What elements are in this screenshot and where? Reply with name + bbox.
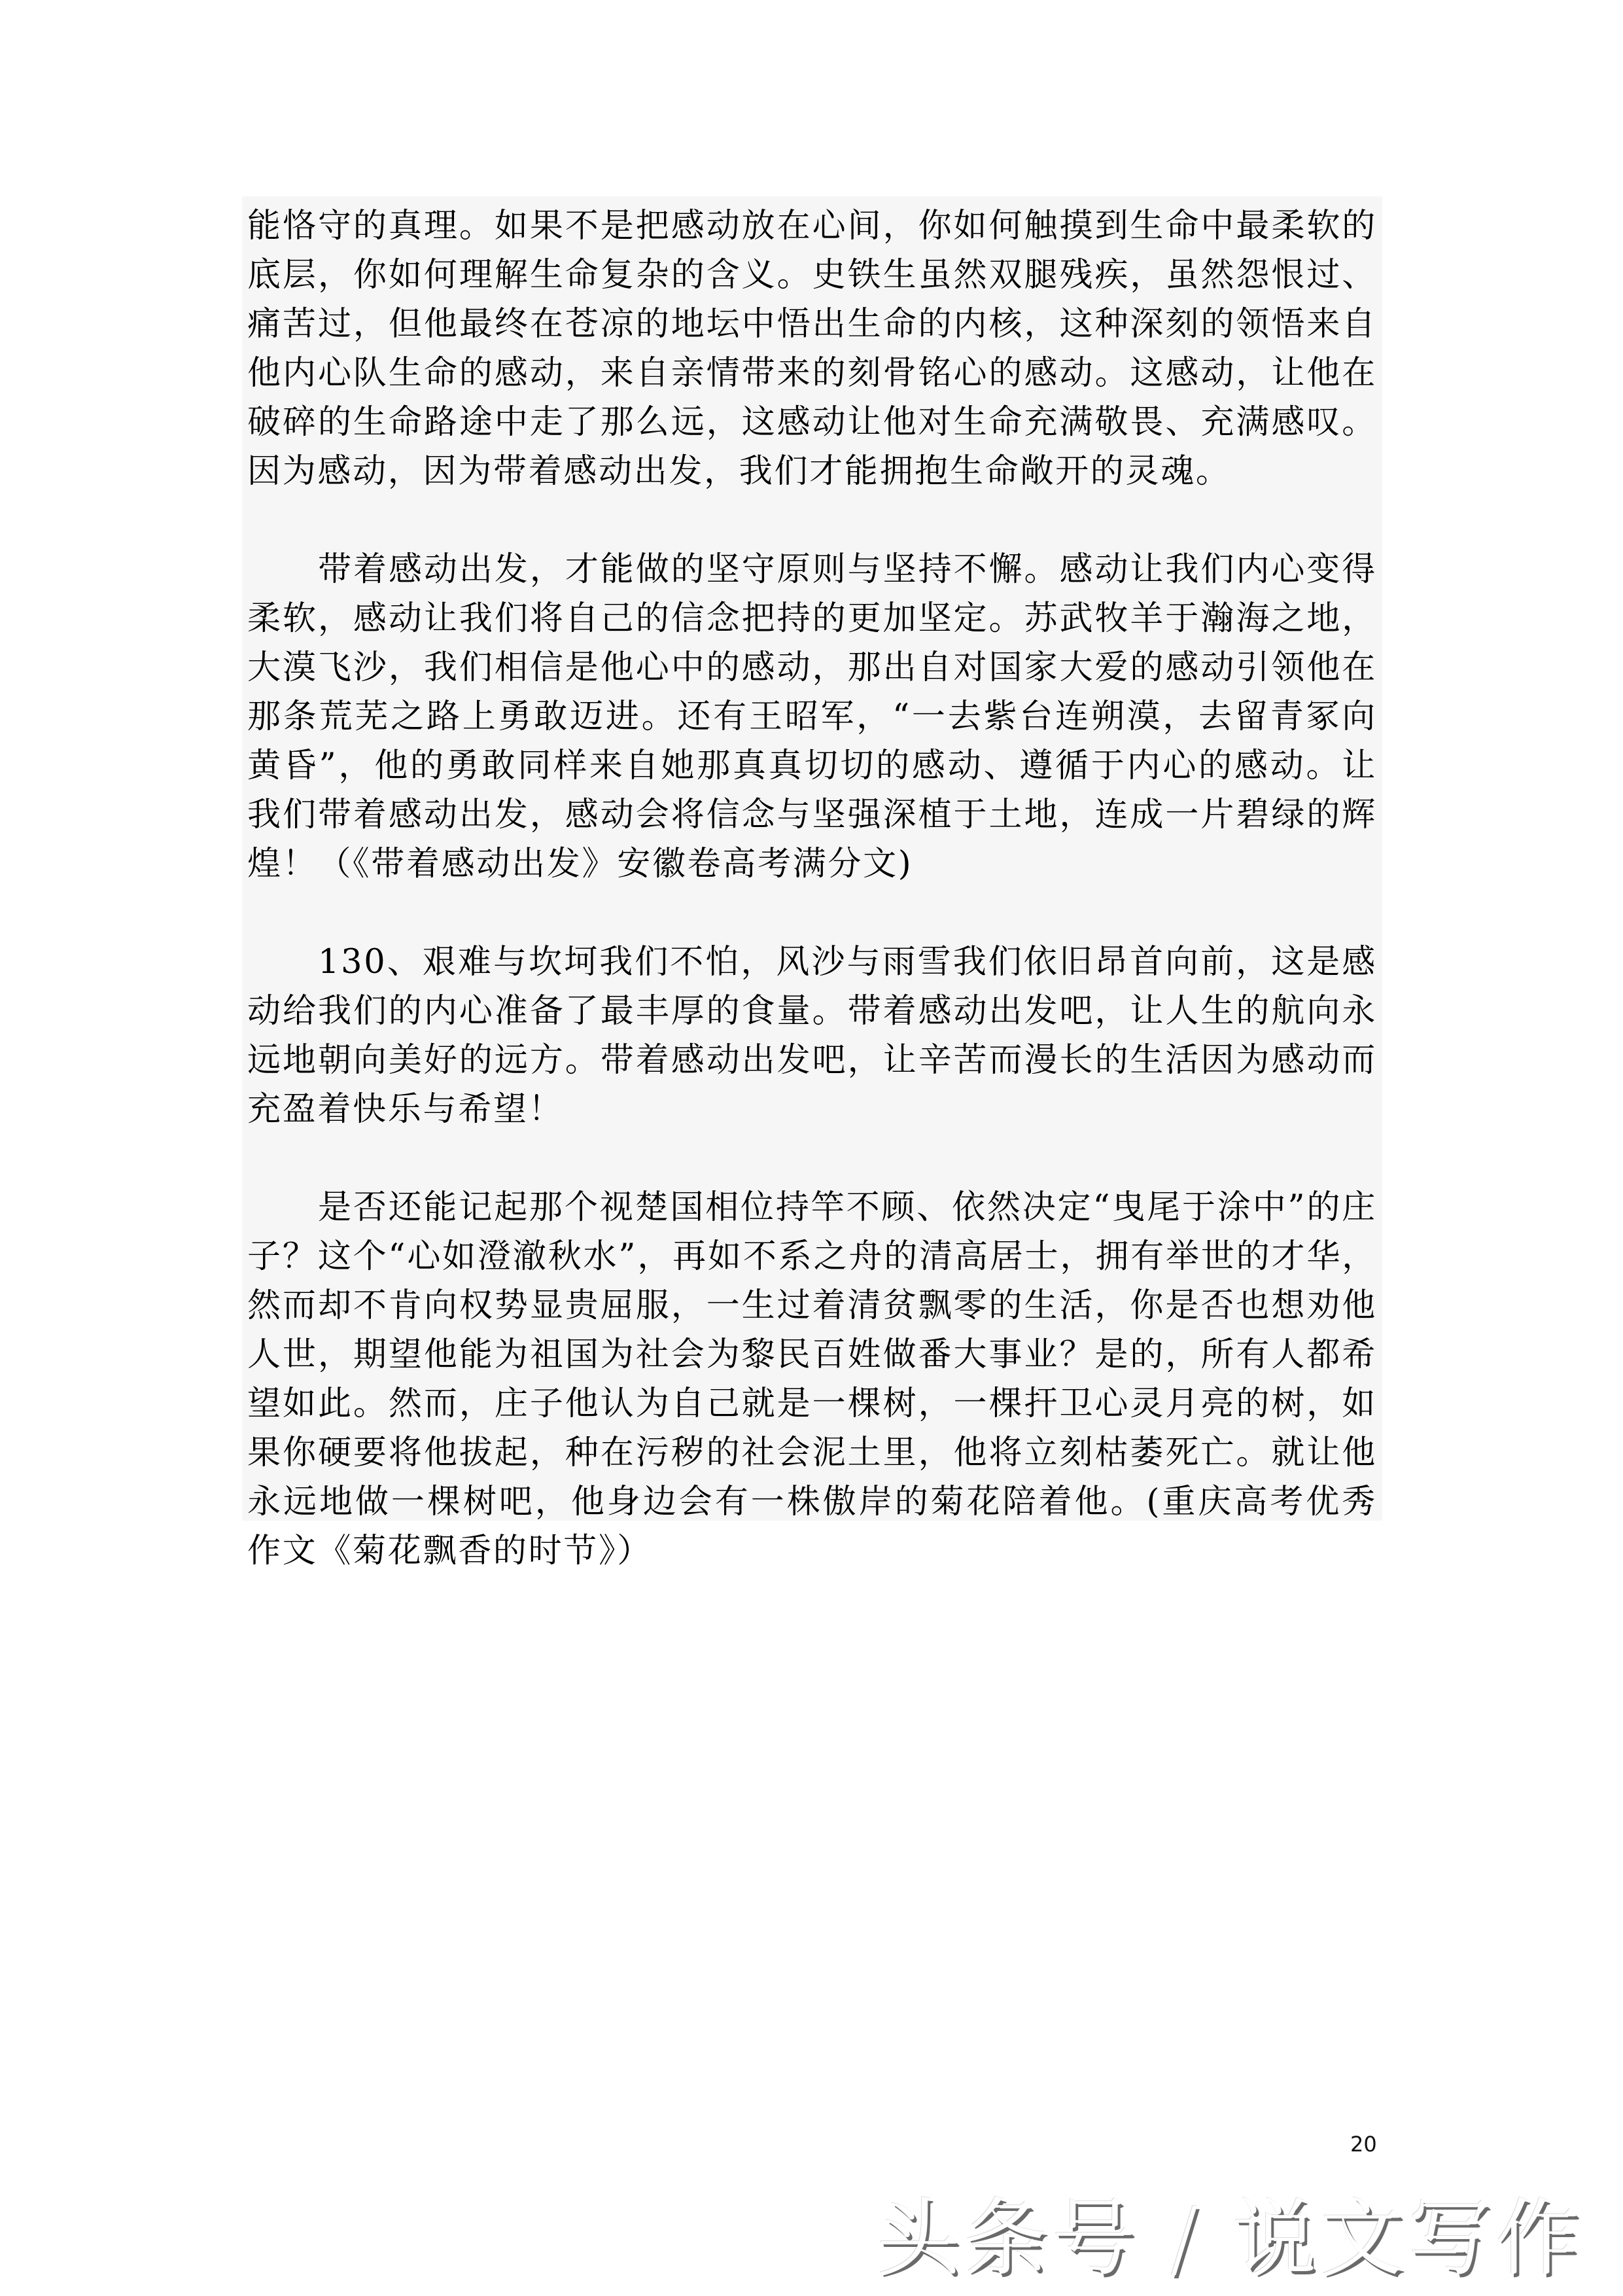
paragraph-2: 带着感动出发，才能做的坚守原则与坚持不懈。感动让我们内心变得柔软，感动让我们将自… (247, 545, 1377, 889)
paragraph-4: 是否还能记起那个视楚国相位持竿不顾、依然决定“曳尾于涂中”的庄子？这个“心如澄澈… (247, 1183, 1377, 1576)
essay-text-block: 能恪守的真理。如果不是把感动放在心间，你如何触摸到生命中最柔软的底层，你如何理解… (242, 196, 1382, 1521)
paragraph-1: 能恪守的真理。如果不是把感动放在心间，你如何触摸到生命中最柔软的底层，你如何理解… (247, 202, 1377, 496)
paragraph-3: 130、艰难与坎坷我们不怕，风沙与雨雪我们依旧昂首向前，这是感动给我们的内心准备… (247, 938, 1377, 1134)
watermark: 头条号 / 说文写作 (877, 2171, 1584, 2291)
page-number: 20 (1350, 2132, 1377, 2157)
